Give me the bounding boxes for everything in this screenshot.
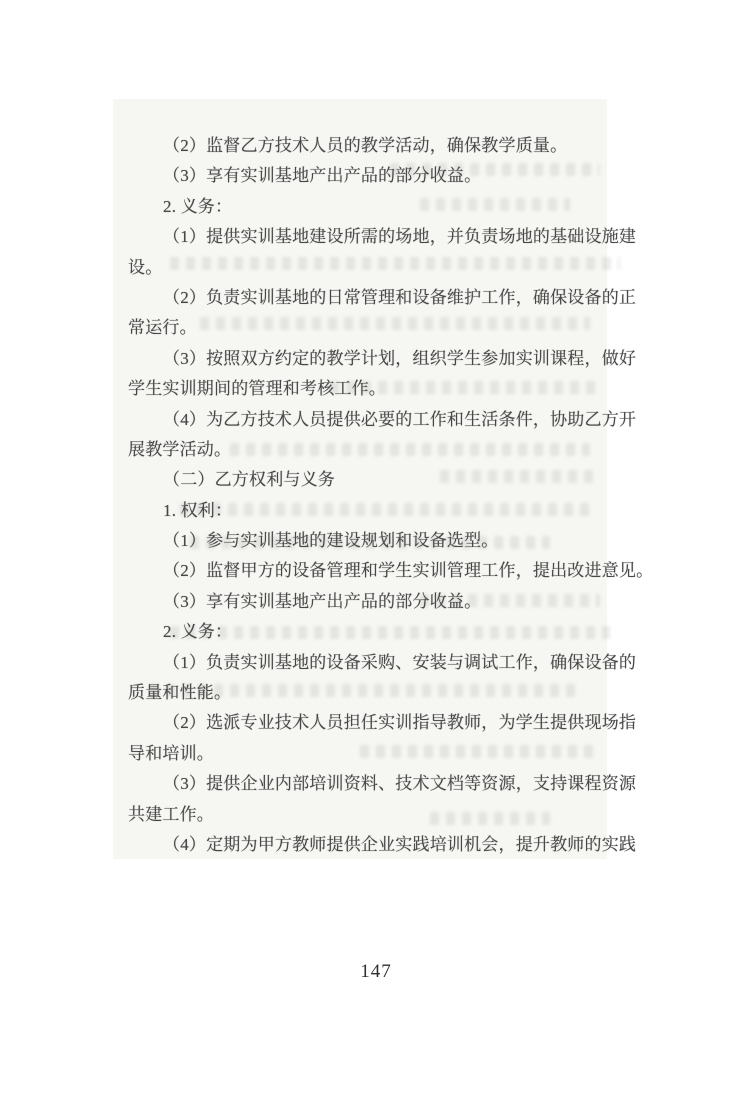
- text-line: （3）享有实训基地产出产品的部分收益。: [128, 587, 608, 617]
- text-line: 设。: [128, 253, 608, 283]
- text-line: 展教学活动。: [128, 435, 608, 465]
- text-line: 学生实训期间的管理和考核工作。: [128, 374, 608, 404]
- text-line: （2）监督甲方的设备管理和学生实训管理工作，提出改进意见。: [128, 556, 608, 586]
- text-line: 2. 义务：: [128, 192, 608, 222]
- text-line: （1）提供实训基地建设所需的场地，并负责场地的基础设施建: [128, 222, 608, 252]
- text-line: （2）选派专业技术人员担任实训指导教师，为学生提供现场指: [128, 708, 608, 738]
- text-line: （1）负责实训基地的设备采购、安装与调试工作，确保设备的: [128, 648, 608, 678]
- section-heading-party-b: （二）乙方权利与义务: [128, 465, 608, 495]
- text-line: 1. 权利：: [128, 496, 608, 526]
- text-line: （3）享有实训基地产出产品的部分收益。: [128, 161, 608, 191]
- text-line: （3）提供企业内部培训资料、技术文档等资源，支持课程资源: [128, 769, 608, 799]
- text-line: （4）为乙方技术人员提供必要的工作和生活条件，协助乙方开: [128, 405, 608, 435]
- body-text-block: （2）监督乙方技术人员的教学活动，确保教学质量。 （3）享有实训基地产出产品的部…: [128, 131, 608, 860]
- text-line: （3）按照双方约定的教学计划，组织学生参加实训课程，做好: [128, 344, 608, 374]
- page-number: 147: [0, 961, 752, 983]
- document-page: （2）监督乙方技术人员的教学活动，确保教学质量。 （3）享有实训基地产出产品的部…: [0, 0, 752, 1104]
- text-line: 2. 义务：: [128, 617, 608, 647]
- text-line: （1）参与实训基地的建设规划和设备选型。: [128, 526, 608, 556]
- text-line: （4）定期为甲方教师提供企业实践培训机会，提升教师的实践: [128, 830, 608, 860]
- text-line: 常运行。: [128, 313, 608, 343]
- text-line: （2）监督乙方技术人员的教学活动，确保教学质量。: [128, 131, 608, 161]
- text-line: 质量和性能。: [128, 678, 608, 708]
- text-line: 导和培训。: [128, 739, 608, 769]
- text-line: 共建工作。: [128, 800, 608, 830]
- text-line: （2）负责实训基地的日常管理和设备维护工作，确保设备的正: [128, 283, 608, 313]
